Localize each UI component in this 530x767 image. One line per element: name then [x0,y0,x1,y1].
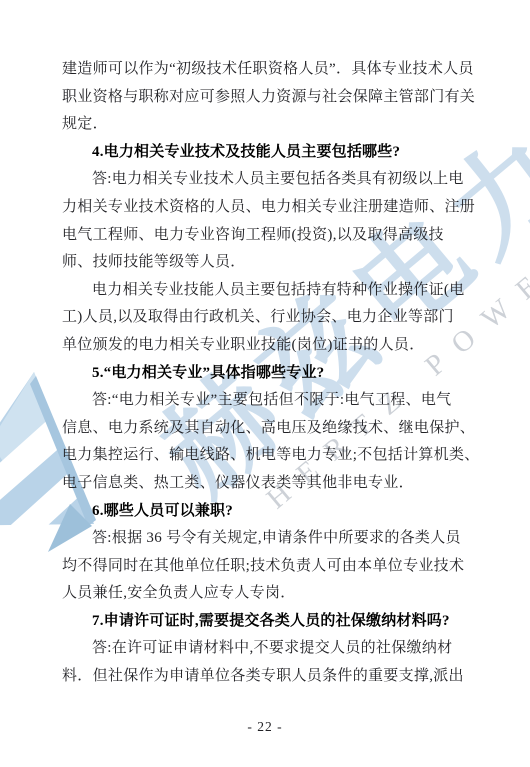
document-body: 建造师可以作为“初级技术任职资格人员”．具体专业技术人员职业资格与职称对应可参照… [62,56,480,691]
text-line: 工)人员,以及取得由行政机关、行业协会、电力企业等部门 [62,304,480,332]
text-line: 信息、电力系统及其自动化、高电压及绝缘技术、继电保护、 [62,415,480,443]
document-page: 赫兹电力 HERTZ POWER 建造师可以作为“初级技术任职资格人员”．具体专… [0,0,530,767]
text-line: 人员兼任,安全负责人应专人专岗． [62,580,480,608]
text-line: 建造师可以作为“初级技术任职资格人员”．具体专业技术人员 [62,56,480,84]
text-line: 料．但社保作为申请单位各类专职人员条件的重要支撑,派出 [62,663,480,691]
text-line: 电力集控运行、输电线路、机电等电力专业;不包括计算机类、 [62,442,480,470]
text-line: 力相关专业技术资格的人员、电力相关专业注册建造师、注册 [62,194,480,222]
question-heading: 4.电力相关专业技术及技能人员主要包括哪些? [62,139,480,167]
text-line: 电子信息类、热工类、仪器仪表类等其他非电专业． [62,470,480,498]
page-number: - 22 - [0,719,530,735]
text-line: 电气工程师、电力专业咨询工程师(投资),以及取得高级技 [62,222,480,250]
text-line: 均不得同时在其他单位任职;技术负责人可由本单位专业技术 [62,553,480,581]
question-heading: 6.哪些人员可以兼职? [62,498,480,526]
text-line: 答:根据 36 号令有关规定,申请条件中所要求的各类人员 [62,525,480,553]
text-line: 规定． [62,111,480,139]
text-line: 答:“电力相关专业”主要包括但不限于:电气工程、电气 [62,387,480,415]
text-line: 电力相关专业技能人员主要包括持有特种作业操作证(电 [62,277,480,305]
text-line: 职业资格与职称对应可参照人力资源与社会保障主管部门有关 [62,84,480,112]
text-line: 单位颁发的电力相关专业职业技能(岗位)证书的人员． [62,332,480,360]
question-heading: 7.申请许可证时,需要提交各类人员的社保缴纳材料吗? [62,608,480,636]
text-line: 答:电力相关专业技术人员主要包括各类具有初级以上电 [62,166,480,194]
question-heading: 5.“电力相关专业”具体指哪些专业? [62,360,480,388]
text-line: 答:在许可证申请材料中,不要求提交人员的社保缴纳材 [62,635,480,663]
text-line: 师、技师技能等级等人员． [62,249,480,277]
